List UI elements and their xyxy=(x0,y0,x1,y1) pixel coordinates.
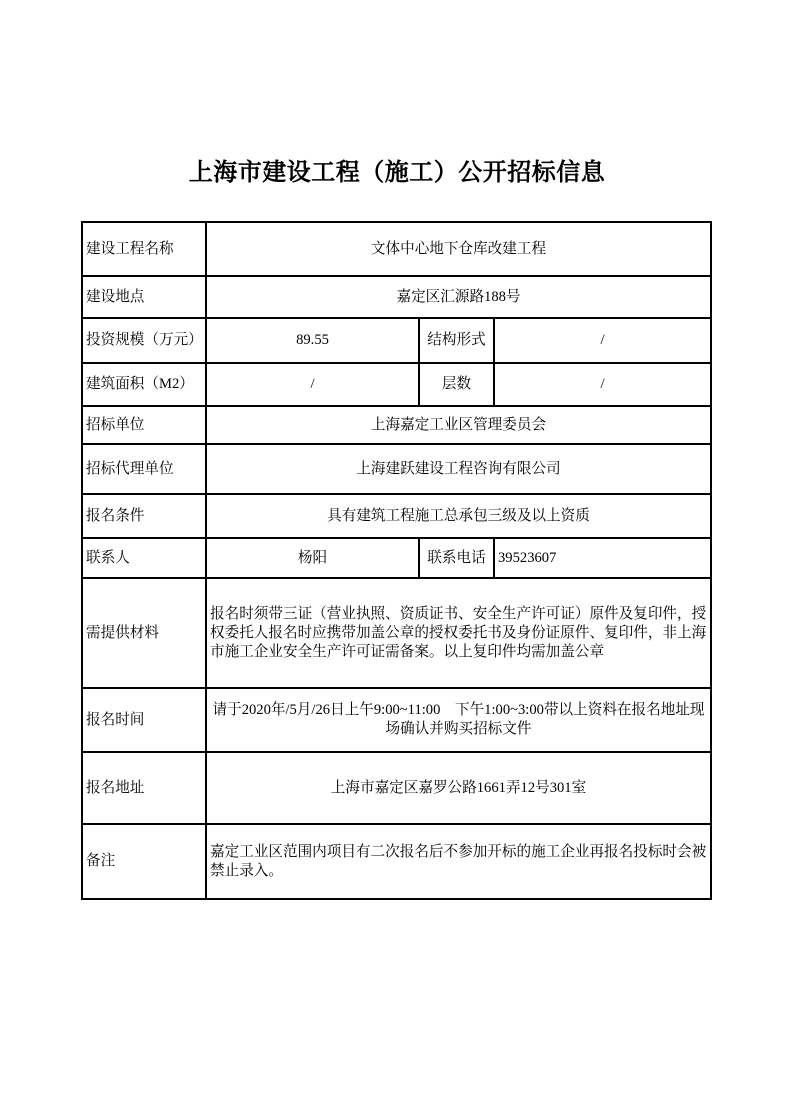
floor-area-value: / xyxy=(206,363,419,406)
tender-unit-value: 上海嘉定工业区管理委员会 xyxy=(206,406,711,444)
contact-phone-label: 联系电话 xyxy=(419,538,494,578)
required-materials-label: 需提供材料 xyxy=(82,578,206,688)
registration-address-value: 上海市嘉定区嘉罗公路1661弄12号301室 xyxy=(206,752,711,824)
registration-condition-label: 报名条件 xyxy=(82,494,206,538)
agent-unit-value: 上海建跃建设工程咨询有限公司 xyxy=(206,444,711,494)
project-name-label: 建设工程名称 xyxy=(82,222,206,276)
table-row: 投资规模（万元） 89.55 结构形式 / xyxy=(82,318,711,363)
document-page: 上海市建设工程（施工）公开招标信息 建设工程名称 文体中心地下仓库改建工程 建设… xyxy=(0,0,794,1108)
table-row: 报名条件 具有建筑工程施工总承包三级及以上资质 xyxy=(82,494,711,538)
table-row: 报名地址 上海市嘉定区嘉罗公路1661弄12号301室 xyxy=(82,752,711,824)
table-row: 建设地点 嘉定区汇源路188号 xyxy=(82,276,711,318)
floors-label: 层数 xyxy=(419,363,494,406)
contact-phone-value: 39523607 xyxy=(494,538,711,578)
floors-value: / xyxy=(494,363,711,406)
registration-time-value: 请于2020年/5月/26日上午9:00~11:00 下午1:00~3:00带以… xyxy=(206,688,711,752)
table-row: 建设工程名称 文体中心地下仓库改建工程 xyxy=(82,222,711,276)
floor-area-label: 建筑面积（M2） xyxy=(82,363,206,406)
investment-label: 投资规模（万元） xyxy=(82,318,206,363)
table-row: 联系人 杨阳 联系电话 39523607 xyxy=(82,538,711,578)
location-label: 建设地点 xyxy=(82,276,206,318)
table-row: 报名时间 请于2020年/5月/26日上午9:00~11:00 下午1:00~3… xyxy=(82,688,711,752)
required-materials-value: 报名时须带三证（营业执照、资质证书、安全生产许可证）原件及复印件，授权委托人报名… xyxy=(206,578,711,688)
remarks-value: 嘉定工业区范围内项目有二次报名后不参加开标的施工企业再报名投标时会被禁止录入。 xyxy=(206,824,711,899)
contact-person-label: 联系人 xyxy=(82,538,206,578)
tender-unit-label: 招标单位 xyxy=(82,406,206,444)
structure-type-label: 结构形式 xyxy=(419,318,494,363)
table-row: 招标单位 上海嘉定工业区管理委员会 xyxy=(82,406,711,444)
project-name-value: 文体中心地下仓库改建工程 xyxy=(206,222,711,276)
page-title: 上海市建设工程（施工）公开招标信息 xyxy=(0,160,794,187)
table-row: 需提供材料 报名时须带三证（营业执照、资质证书、安全生产许可证）原件及复印件，授… xyxy=(82,578,711,688)
registration-condition-value: 具有建筑工程施工总承包三级及以上资质 xyxy=(206,494,711,538)
table-row: 招标代理单位 上海建跃建设工程咨询有限公司 xyxy=(82,444,711,494)
table-row: 备注 嘉定工业区范围内项目有二次报名后不参加开标的施工企业再报名投标时会被禁止录… xyxy=(82,824,711,899)
registration-address-label: 报名地址 xyxy=(82,752,206,824)
structure-type-value: / xyxy=(494,318,711,363)
table-row: 建筑面积（M2） / 层数 / xyxy=(82,363,711,406)
contact-person-value: 杨阳 xyxy=(206,538,419,578)
remarks-label: 备注 xyxy=(82,824,206,899)
agent-unit-label: 招标代理单位 xyxy=(82,444,206,494)
registration-time-label: 报名时间 xyxy=(82,688,206,752)
bid-info-table: 建设工程名称 文体中心地下仓库改建工程 建设地点 嘉定区汇源路188号 投资规模… xyxy=(81,221,712,900)
location-value: 嘉定区汇源路188号 xyxy=(206,276,711,318)
investment-value: 89.55 xyxy=(206,318,419,363)
